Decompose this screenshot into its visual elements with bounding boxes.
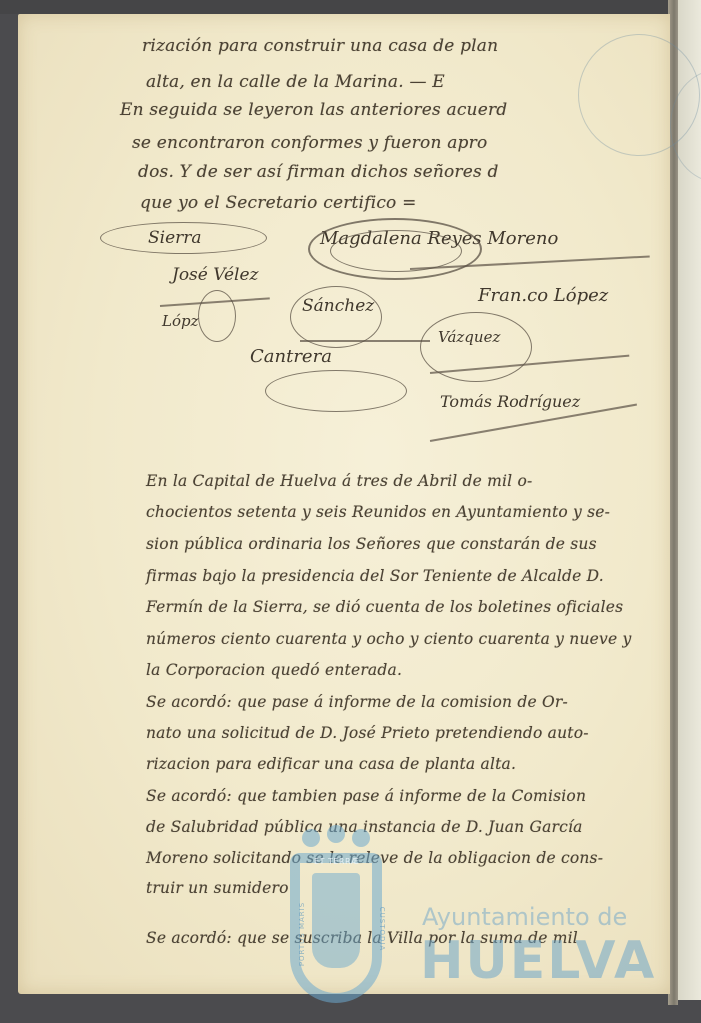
text-line: En la Capital de Huelva á tres de Abril …	[146, 472, 532, 490]
text-line: dos. Y de ser así firman dichos señores …	[138, 162, 499, 182]
signature: José Vélez	[172, 265, 258, 285]
signature: Lópz	[162, 312, 199, 330]
signature: Cantrera	[250, 346, 332, 367]
text-line: truir un sumidero	[146, 879, 289, 897]
text-line: Se acordó: que pase á informe de la comi…	[146, 693, 568, 711]
text-line: nato una solicitud de D. José Prieto pre…	[146, 724, 589, 742]
signature-flourish	[100, 222, 267, 254]
text-line: Se acordó: que tambien pase á informe de…	[146, 787, 586, 805]
text-line: alta, en la calle de la Marina. — E	[146, 72, 445, 92]
text-line: chocientos setenta y seis Reunidos en Ay…	[146, 503, 610, 521]
text-line: Moreno solicitando se le releve de la ob…	[146, 849, 603, 867]
text-line: firmas bajo la presidencia del Sor Tenie…	[146, 567, 604, 585]
text-line: sion pública ordinaria los Señores que c…	[146, 535, 597, 553]
text-line: de Salubridad pública una instancia de D…	[146, 818, 583, 836]
text-line: la Corporacion quedó enterada.	[146, 661, 402, 679]
signature: Fran.co López	[478, 285, 608, 306]
text-line: números ciento cuarenta y ocho y ciento …	[146, 630, 631, 648]
signature-stroke	[300, 340, 430, 342]
text-line: Se acordó: que se suscriba la Villa por …	[146, 929, 578, 947]
text-line: rización para construir una casa de plan	[142, 36, 498, 56]
text-line: rizacion para edificar una casa de plant…	[146, 755, 516, 773]
text-line: se encontraron conformes y fueron apro	[132, 133, 487, 153]
text-line: que yo el Secretario certifico =	[140, 193, 417, 213]
text-line: En seguida se leyeron las anteriores acu…	[120, 100, 507, 120]
signature-flourish	[290, 286, 382, 348]
signature-flourish	[265, 370, 407, 412]
text-line: Fermín de la Sierra, se dió cuenta de lo…	[146, 598, 623, 616]
scanner-background-top	[0, 0, 701, 14]
signature: Tomás Rodríguez	[440, 392, 580, 411]
signature-flourish	[198, 290, 236, 342]
